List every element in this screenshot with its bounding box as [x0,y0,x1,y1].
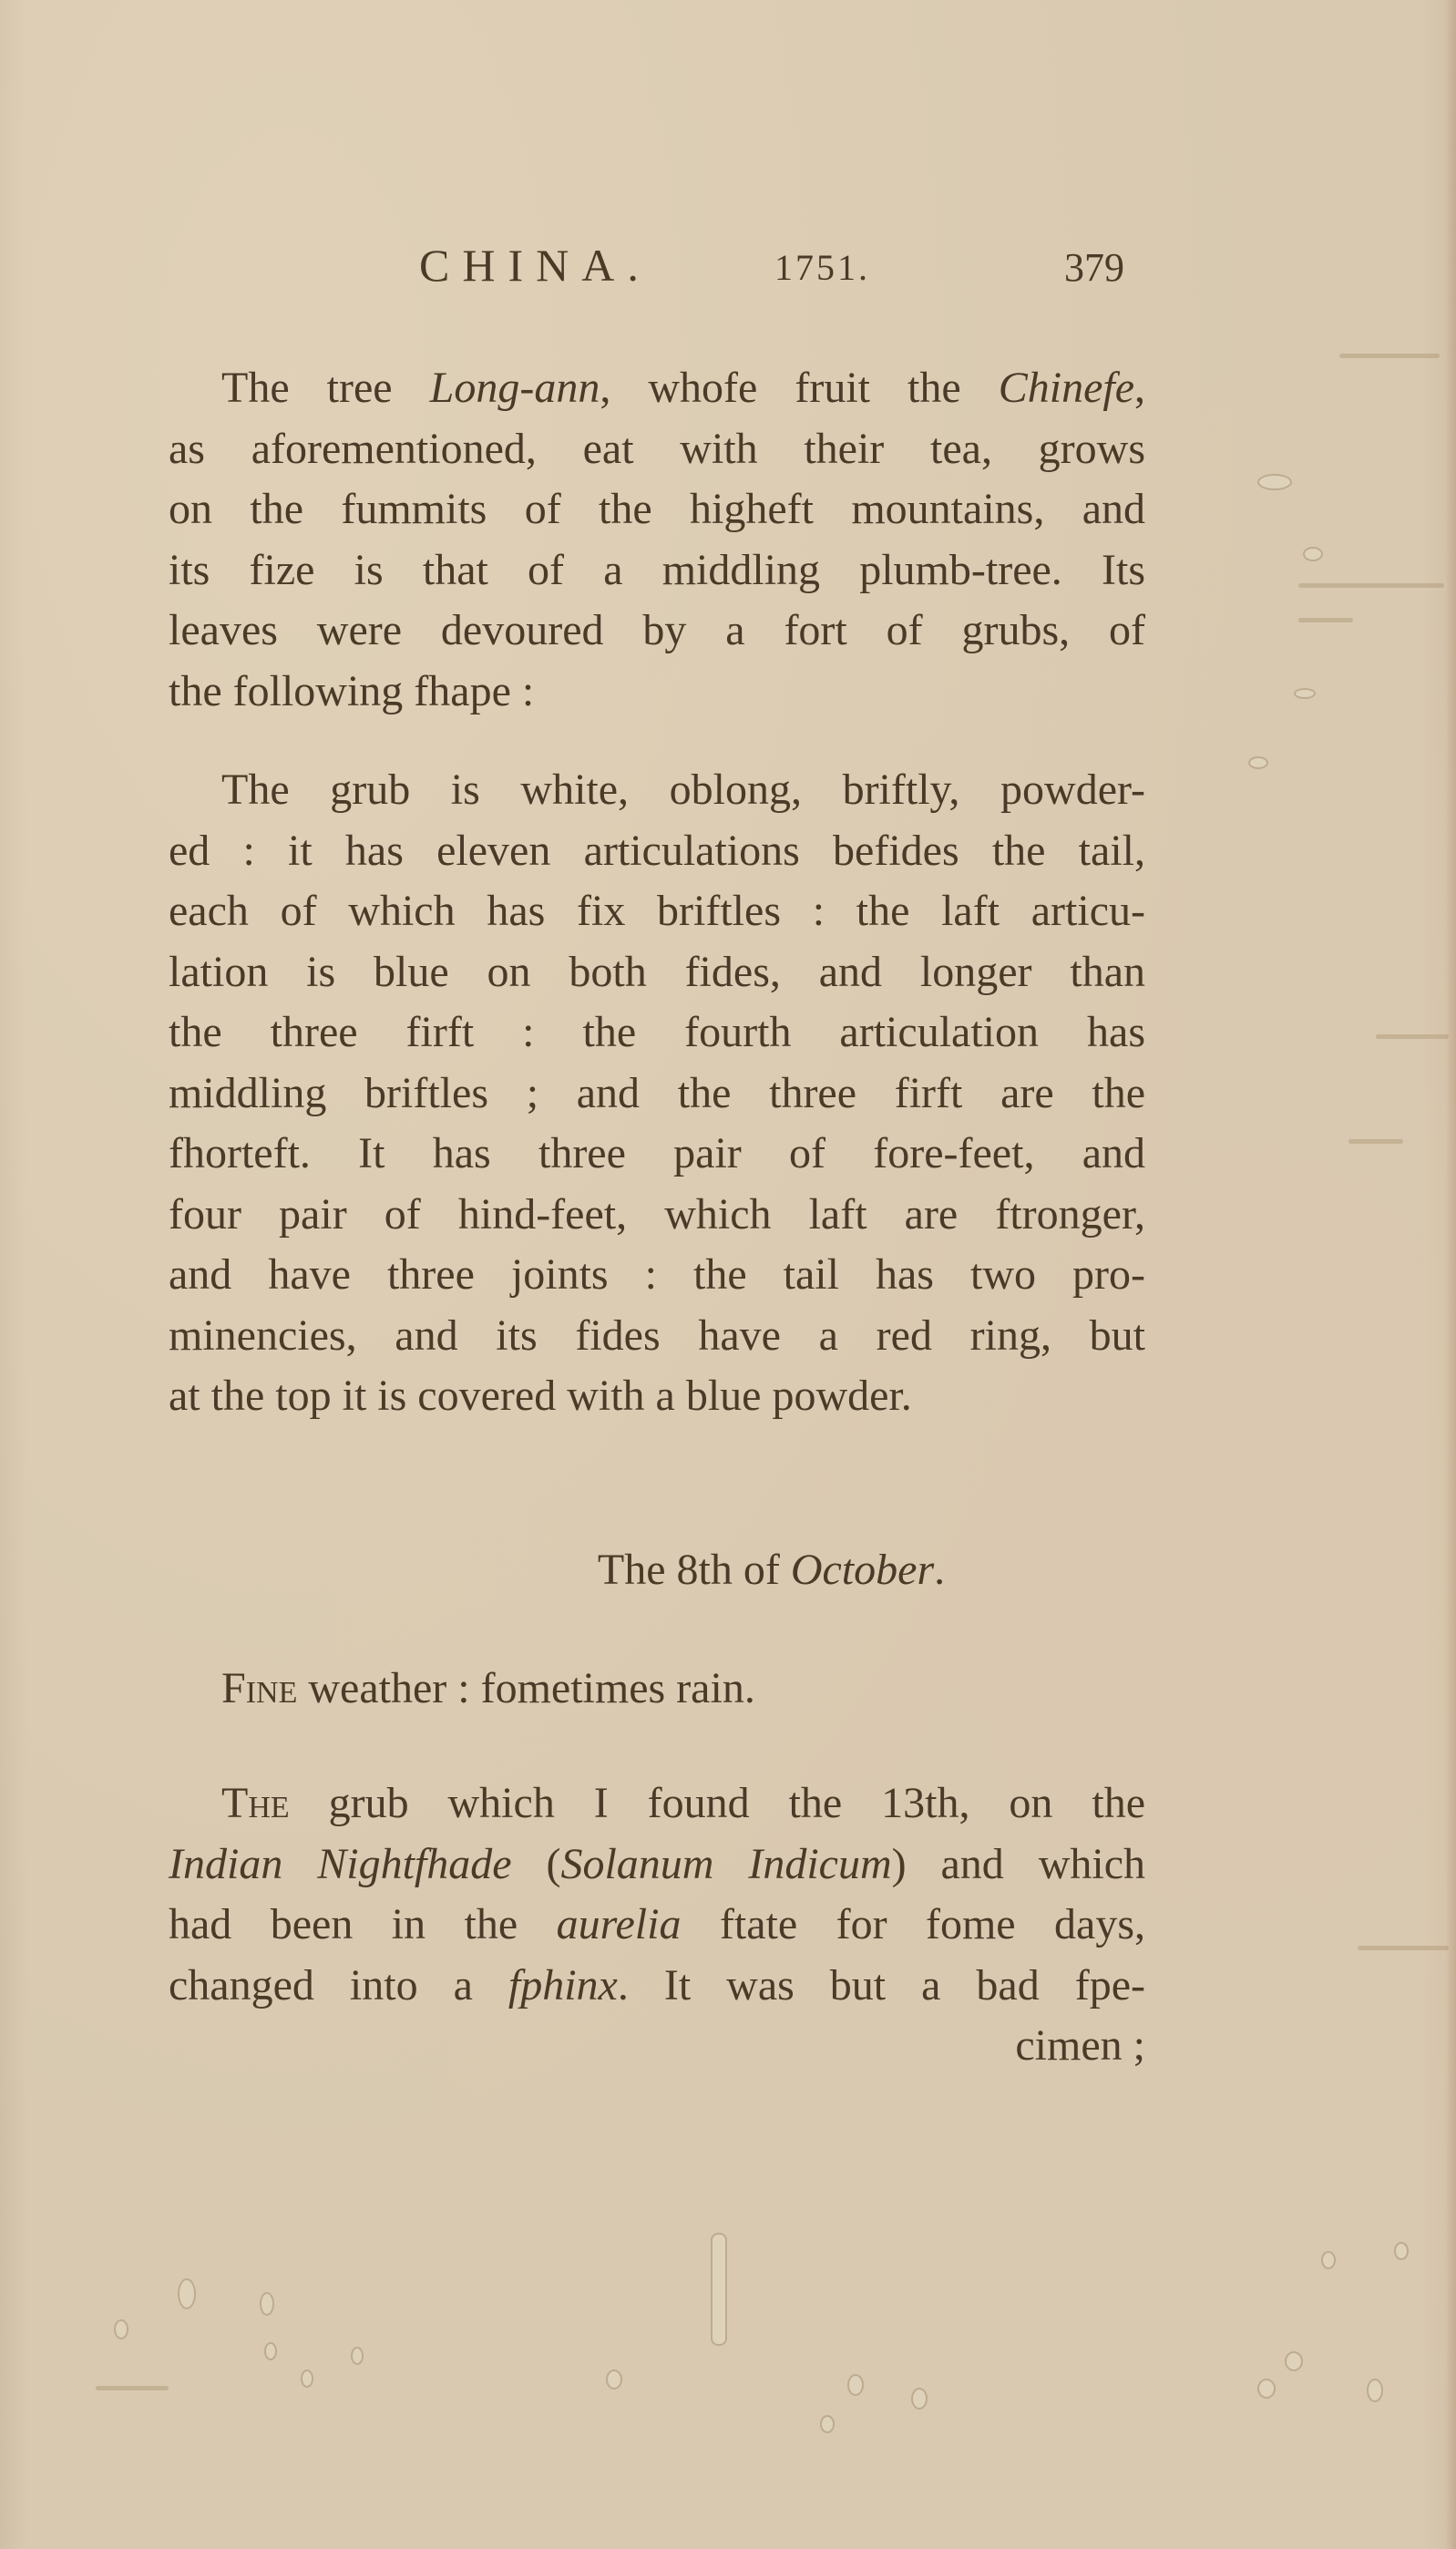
text-line: fhorteft. It has three pair of fore-feet… [169,1124,1145,1185]
text-line: at the top it is covered with a blue pow… [169,1366,1145,1427]
stain-mark [1298,583,1444,588]
book-page: CHINA. 1751. 379 The tree Long-ann, whof… [0,0,1456,2549]
stain-mark [114,2319,128,2339]
text-line: the following fhape : [169,662,1145,723]
text-line: The grub is white, oblong, briftly, powd… [169,760,1145,821]
text-line: and have three joints : the tail has two… [169,1245,1145,1306]
text-line: lation is blue on both fides, and longer… [169,942,1145,1003]
text-line: four pair of hind-feet, which laft are f… [169,1185,1145,1246]
stain-mark [1285,2351,1303,2371]
stain-mark [1257,474,1292,490]
stain-mark [1298,618,1353,622]
stain-mark [1339,354,1440,358]
stain-mark [847,2374,864,2396]
stain-mark [1294,688,1316,699]
text-line: as aforementioned, eat with their tea, g… [169,419,1145,480]
stain-mark [178,2278,196,2309]
stain-mark [96,2386,169,2390]
stain-mark [606,2369,622,2390]
stain-mark [1358,1946,1449,1950]
catchword: cimen ; [169,2016,1145,2077]
text-line: its fize is that of a middling plumb-tre… [169,540,1145,601]
date-heading: The 8th of October. [0,1545,1456,1595]
stain-mark [911,2388,928,2410]
text-line: changed into a fphinx. It was but a bad … [169,1956,1145,2017]
running-head-year: 1751. [774,246,870,289]
stain-mark [351,2347,364,2365]
text-line: each of which has fix briftles : the laf… [169,881,1145,942]
stain-mark [301,2369,313,2388]
stain-mark [1394,2242,1409,2260]
text-line: The tree Long-ann, whofe fruit the Chine… [169,358,1145,419]
stain-mark [1321,2251,1336,2269]
text-line: The grub which I found the 13th, on the [169,1773,1145,1835]
paragraph-weather: Fine weather : fometimes rain. [169,1659,1145,1720]
text-line: ed : it has eleven articulations befides… [169,821,1145,882]
stain-mark [1367,2379,1383,2402]
running-head-title: CHINA. [419,239,651,292]
page-number: 379 [1064,244,1124,291]
text-line: minencies, and its fides have a red ring… [169,1306,1145,1367]
paragraph-grub-description: The grub is white, oblong, briftly, powd… [169,760,1145,1427]
stain-mark [1257,2379,1276,2399]
stain-mark [264,2342,277,2360]
text-line: the three firft : the fourth articulatio… [169,1002,1145,1064]
stain-mark [820,2415,835,2433]
paragraph-long-ann-tree: The tree Long-ann, whofe fruit the Chine… [169,358,1145,722]
text-line: Fine weather : fometimes rain. [169,1659,1145,1720]
stain-mark [260,2292,274,2316]
stain-mark [1248,756,1268,769]
text-line: had been in the aurelia ftate for fome d… [169,1895,1145,1956]
stain-mark [1376,1034,1449,1039]
paragraph-sphinx: The grub which I found the 13th, on the … [169,1773,1145,2077]
stain-mark [711,2233,727,2346]
text-line: Indian Nightfhade (Solanum Indicum) and … [169,1835,1145,1896]
plant-name: Long-ann [430,364,600,412]
stain-mark [1303,547,1323,561]
text-line: leaves were devoured by a fort of grubs,… [169,601,1145,662]
stain-mark [1348,1139,1403,1144]
running-head: CHINA. 1751. 379 [419,239,1148,303]
page-edge-shadow [1445,0,1456,2549]
date-month: October [791,1546,934,1594]
people-name: Chinefe [999,364,1134,412]
text-line: on the fummits of the higheft mountains,… [169,479,1145,540]
text-line: middling briftles ; and the three firft … [169,1064,1145,1125]
